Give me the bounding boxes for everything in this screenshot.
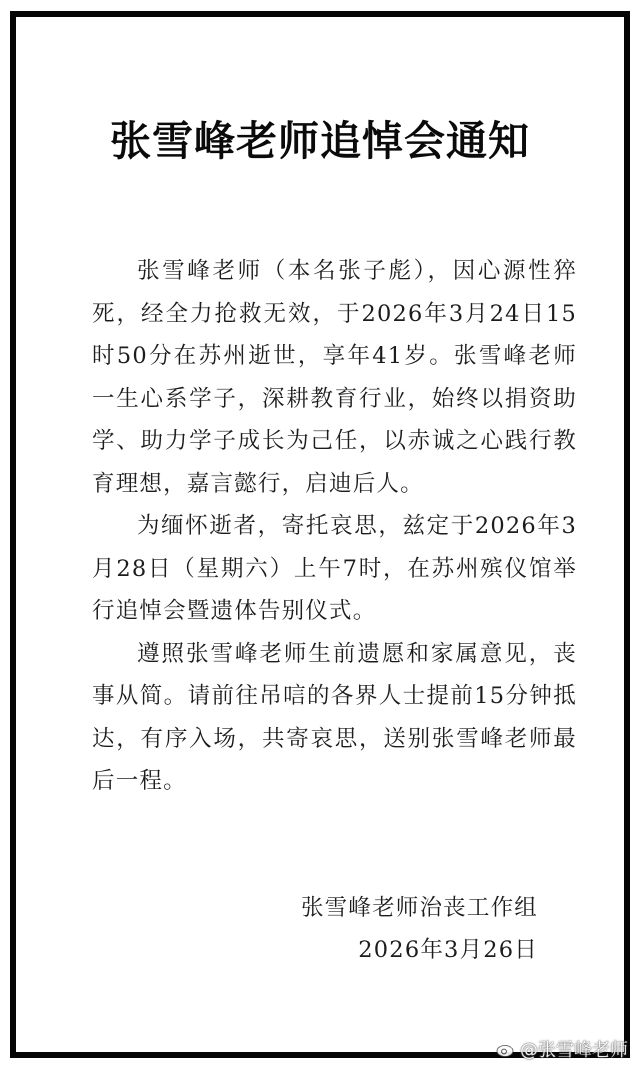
weibo-watermark: @张雪峰老师 bbox=[496, 1036, 628, 1062]
paragraph-announcement: 张雪峰老师（本名张子彪），因心源性猝死，经全力抢救无效，于2026年3月24日1… bbox=[92, 250, 577, 505]
signature-block: 张雪峰老师治丧工作组 2026年3月26日 bbox=[301, 887, 538, 971]
paragraph-memorial-schedule: 为缅怀逝者，寄托哀思，兹定于2026年3月28日（星期六）上午7时，在苏州殡仪馆… bbox=[92, 505, 577, 633]
signature-date: 2026年3月26日 bbox=[301, 929, 538, 971]
notice-frame: 张雪峰老师追悼会通知 张雪峰老师（本名张子彪），因心源性猝死，经全力抢救无效，于… bbox=[10, 11, 630, 1058]
watermark-text: @张雪峰老师 bbox=[520, 1036, 628, 1062]
signature-organization: 张雪峰老师治丧工作组 bbox=[301, 887, 538, 929]
notice-title: 张雪峰老师追悼会通知 bbox=[16, 115, 624, 167]
paragraph-attendance-instructions: 遵照张雪峰老师生前遗愿和家属意见，丧事从简。请前往吊唁的各界人士提前15分钟抵达… bbox=[92, 633, 577, 803]
notice-body: 张雪峰老师（本名张子彪），因心源性猝死，经全力抢救无效，于2026年3月24日1… bbox=[92, 250, 577, 803]
weibo-icon bbox=[496, 1041, 516, 1057]
